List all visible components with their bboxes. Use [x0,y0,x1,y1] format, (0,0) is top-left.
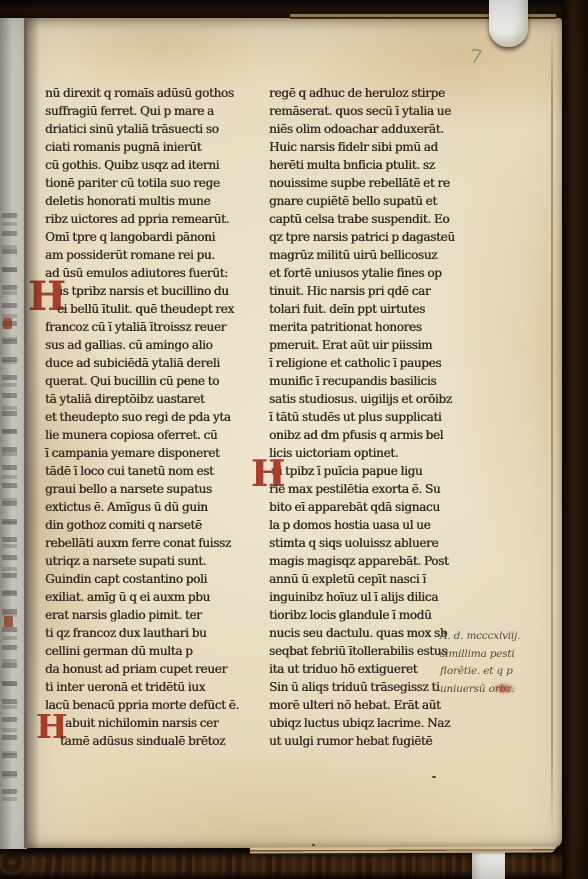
margin-note-line: A. d. mcccxlviij. [440,628,558,646]
manuscript-line: exiliat. amīg ū q ei auxm pbu [45,588,257,606]
manuscript-line: stimta q siqs uoluissz abluere [269,534,461,552]
manuscript-line: Sin ū aliqs triduū trāsegissz ti [269,678,461,696]
manuscript-line: nucis seu dactulu. quas mox sb [269,624,461,642]
manuscript-line: ī tātū studēs ut plus supplicati [269,408,461,426]
manuscript-line: ribz uictores ad ppria remearūt. [45,210,257,228]
manuscript-line: ciati romanis pugnā inierūt [45,138,257,156]
facing-page-edge [0,18,27,849]
manuscript-line: ti qz francoz dux lauthari bu [45,624,257,642]
manuscript-line: la p domos hostia uasa ul ue [269,516,461,534]
manuscript-line: munific ī recupandis basilicis [269,372,461,390]
manuscript-line: tamē adūsus sindualē brētoz [45,732,257,750]
manuscript-line: querat. Qui bucillin cū pene to [45,372,257,390]
manuscript-line: din gothoz comiti q narsetē [45,516,257,534]
manuscript-line: graui bello a narsete supatus [45,480,257,498]
manuscript-line: regē q adhuc de heruloz stirpe [269,84,461,102]
manuscript-line: Huic narsis fidelr sibi pmū ad [269,138,461,156]
manuscript-line: lie munera copiosa oferret. cū [45,426,257,444]
manuscript-line: deletis honorati multis mune [45,192,257,210]
manuscript-line: nū direxit q romaīs adūsū gothos [45,84,257,102]
bookmark-tab-top [489,0,528,47]
manuscript-line: utriqz a narsete supati sunt. [45,552,257,570]
manuscript-line: cū gothis. Quibz usqz ad iterni [45,156,257,174]
manuscript-line: lacū benacū ppria morte defūct ē. [45,696,257,714]
page-crease-line [551,22,553,844]
manuscript-line: ti inter ueronā et tridētū iux [45,678,257,696]
manuscript-line: annū ū expletū cepīt nasci ī [269,570,461,588]
manuscript-line: magrūz militū uirū bellicosuz [269,246,461,264]
ink-speck [432,776,436,778]
manuscript-line: duce ad subiciēdā ytaliā dereli [45,354,257,372]
manuscript-line: Omī tpre q langobardi pānoni [45,228,257,246]
manuscript-line: ad ūsū emulos adiutores fuerūt: [45,264,257,282]
manuscript-line: captū celsa trabe suspendit. Eo [269,210,461,228]
manuscript-line: Habuit nichilomin narsis cer [45,714,257,732]
manuscript-line: niēs olim odoachar adduxerāt. [269,120,461,138]
manuscript-line: am possiderūt romane rei pu. [45,246,257,264]
fore-edge-shadow [562,0,588,879]
manuscript-line: ubiqz luctus ubiqz lacrime. Naz [269,714,461,732]
manuscript-line: onibz ad dm pfusis q armis bel [269,426,461,444]
manuscript-line: herēti multa bnficia ptulit. sz [269,156,461,174]
folio-number: 7 [468,45,483,69]
manuscript-line: seqbat febriū ītollerabilis estus [269,642,461,660]
manuscript-page: 7 nū direxit q romaīs adūsū gothossuffra… [12,18,562,848]
manuscript-line: erat narsis gladio pimit. ter [45,606,257,624]
manuscript-line: driatici sinū ytaliā trāsuecti so [45,120,257,138]
manuscript-line: francoz cū ī ytaliā ītroissz reuer [45,318,257,336]
manuscript-line: pmeruit. Erat aūt uir piissim [269,336,461,354]
manuscript-line: tā ytaliā direptōibz uastaret [45,390,257,408]
text-column-right: regē q adhuc de heruloz stirperemāserat.… [269,84,461,750]
manuscript-line: Hui tpibz ī puīcia papue ligu [269,462,461,480]
manuscript-line: da honust ad priam cupet reuer [45,660,257,678]
manuscript-line: extictus ē. Amīgus ū dū guin [45,498,257,516]
manuscript-line: ī campania yemare disponeret [45,444,257,462]
manuscript-line: et fortē uniusos ytalie fines op [269,264,461,282]
manuscript-line: ī religione et catholic ī paupes [269,354,461,372]
manuscript-line: tioribz locis glandule ī modū [269,606,461,624]
manuscript-line: tolari fuit. deīn ppt uirtutes [269,300,461,318]
manuscript-line: ita ut triduo hō extigueret [269,660,461,678]
manuscript-line: nouissime supbe rebellātē et re [269,174,461,192]
gutter-shadow [24,18,40,848]
page-stack-bottom-edge [250,846,556,853]
manuscript-line: tādē ī loco cui tanetū nom est [45,462,257,480]
manuscript-line: rebellāti auxm ferre conat fuissz [45,534,257,552]
margin-note-line: simillima pesti [440,646,558,664]
manuscript-line: ci bellū ītulit. quē theudept rex [45,300,257,318]
margin-note-line: florētie. et q p [440,663,558,681]
manuscript-line: Guindin capt costantino poli [45,570,257,588]
manuscript-line: licis uictoriam optinet. [269,444,461,462]
manuscript-line: gnare cupiētē bello supatū et [269,192,461,210]
facing-page-rubric-mark [4,616,13,627]
manuscript-line: remāserat. quos secū ī ytalia ue [269,102,461,120]
manuscript-line: merita patritionat honores [269,318,461,336]
manuscript-line: et theudepto suo regi de pda yta [45,408,257,426]
ink-speck [312,844,315,846]
red-smudge [492,682,516,695]
manuscript-line: His tpribz narsis et bucillino du [45,282,257,300]
facing-page-text-blur [2,213,17,803]
manuscript-line: satis studiosus. uigilijs et orōibz [269,390,461,408]
manuscript-line: tionē pariter cū totila suo rege [45,174,257,192]
manuscript-line: rie max pestilētia exorta ē. Su [269,480,461,498]
text-column-left: nū direxit q romaīs adūsū gothossuffragi… [45,84,257,750]
manuscript-line: inguinibz hoīuz ul ī alijs dilica [269,588,461,606]
manuscript-line: bito eī apparebāt qdā signacu [269,498,461,516]
manuscript-line: suffragiū ferret. Qui p mare a [45,102,257,120]
manuscript-photo: 7 nū direxit q romaīs adūsū gothossuffra… [0,0,588,879]
manuscript-line: tinuit. Hic narsis pri qdē car [269,282,461,300]
manuscript-line: magis magisqz apparebāt. Post [269,552,461,570]
manuscript-line: qz tpre narsis patrici p dagasteū [269,228,461,246]
manuscript-line: cellini german dū multa p [45,642,257,660]
manuscript-line: ut uulgi rumor hebat fugiētē [269,732,461,750]
manuscript-line: morē ulteri nō hebat. Erāt aūt [269,696,461,714]
facing-page-rubric-mark [3,318,12,329]
manuscript-line: sus ad gallias. cū amingo alio [45,336,257,354]
